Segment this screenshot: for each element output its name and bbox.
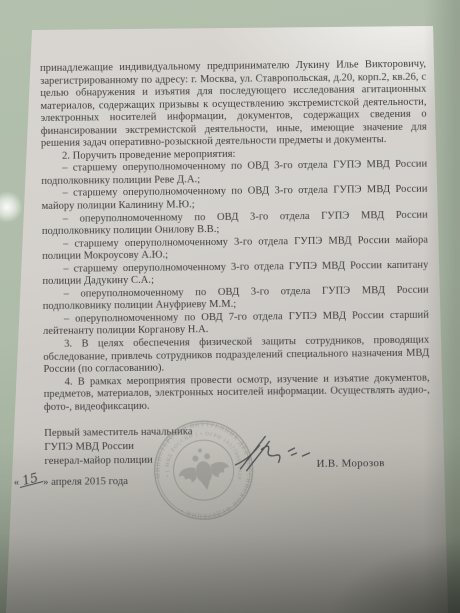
date-line: «15» апреля 2015 года [14,475,128,490]
signature-scribble [230,428,331,479]
paragraph-continuation: принадлежащие индивидуальному предприним… [40,59,427,151]
signature-block: Первый заместитель начальника ГУПЭ МВД Р… [44,423,432,602]
document-page: принадлежащие индивидуальному предприним… [0,0,460,613]
light-reflection [0,190,23,224]
date-rest: » апреля 2015 года [43,476,128,488]
handwritten-day: 15 [18,472,44,489]
item-3-paragraph: 3. В целях обеспечения физической защиты… [43,335,429,377]
document-text: принадлежащие индивидуальному предприним… [40,59,432,603]
double-headed-eagle-icon [174,444,233,495]
photo-scene: принадлежащие индивидуальному предприним… [0,0,460,613]
signer-name: И.В. Морозов [317,457,385,470]
